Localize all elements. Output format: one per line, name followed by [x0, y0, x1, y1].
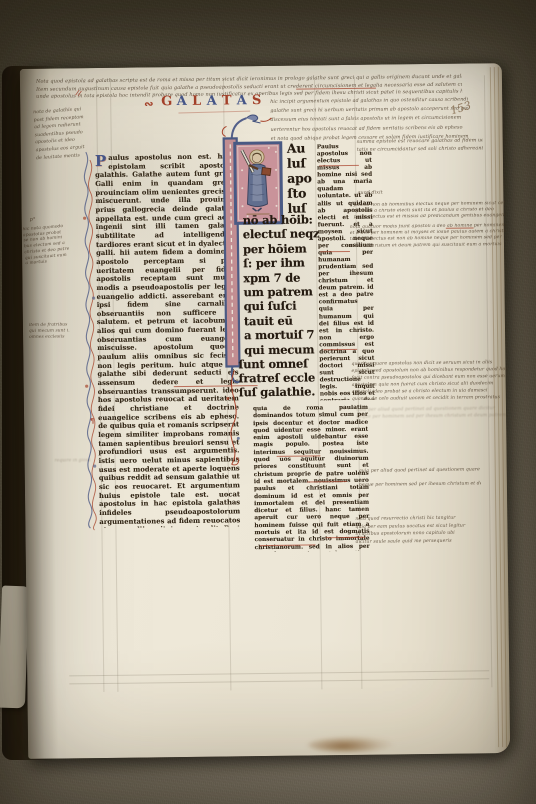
ruling-line — [69, 678, 489, 684]
right-margin-block-c: paulus non ab hominibus electus neque pe… — [353, 201, 505, 221]
right-margin-block-g: nota quod resurrectio christi hic tangit… — [355, 514, 475, 545]
left-margin-mark: p° — [30, 217, 36, 223]
parchment-guard-flap — [0, 586, 29, 709]
stacked-page-edges — [486, 63, 510, 753]
right-margin-ghost-lines: quia per aliud quod pertinet ad question… — [356, 405, 506, 421]
bible-text-below-initial: nō ab hōib:electuſ neqzper hōiemſ: per i… — [243, 212, 323, 357]
title-paraph: ∾ — [144, 97, 153, 110]
manuscript-page: Nota quod epistola ad galathas scripta e… — [20, 63, 510, 759]
right-margin-note-b: quod dixit — [357, 190, 417, 197]
page-stain — [308, 736, 396, 752]
gloss-bottom-paragraph: quia de roma paulatim dominandos totum s… — [253, 405, 370, 552]
top-right-annotation-block: hic incipit argumentum epistole ad galat… — [270, 95, 469, 143]
left-margin-faint-note: require in glosa — [55, 458, 99, 464]
right-margin-block-d: nota quatuor modis fiunt apostoli a deo … — [350, 223, 506, 250]
running-title: GALATAS — [160, 93, 263, 109]
left-margin-block-i: item de fratribusqui mecum sunt i.omnes … — [29, 322, 91, 341]
bible-text-beside-initial: Auluſapoſtoluſ — [287, 140, 320, 215]
right-margin-note-f: quia per aliud quod pertinet ad question… — [359, 463, 481, 492]
side-note: summa epistole est reuocare galathas ad … — [357, 137, 483, 155]
ruling-line — [69, 670, 489, 676]
manuscript-photo-scene: Nota quod epistola ad galathas scripta e… — [0, 0, 536, 804]
left-margin-block-h: hic nota quomodoapostolus probatse non a… — [22, 222, 91, 267]
right-margin-block-e: queritur quare apostolus non dicit se se… — [351, 359, 508, 403]
bible-text-full-width: ſunt omneſfratreſ eccleſuſ galathie. — [238, 356, 323, 399]
red-paraph: ¶ — [90, 416, 95, 425]
prologue-initial: P — [95, 154, 106, 168]
